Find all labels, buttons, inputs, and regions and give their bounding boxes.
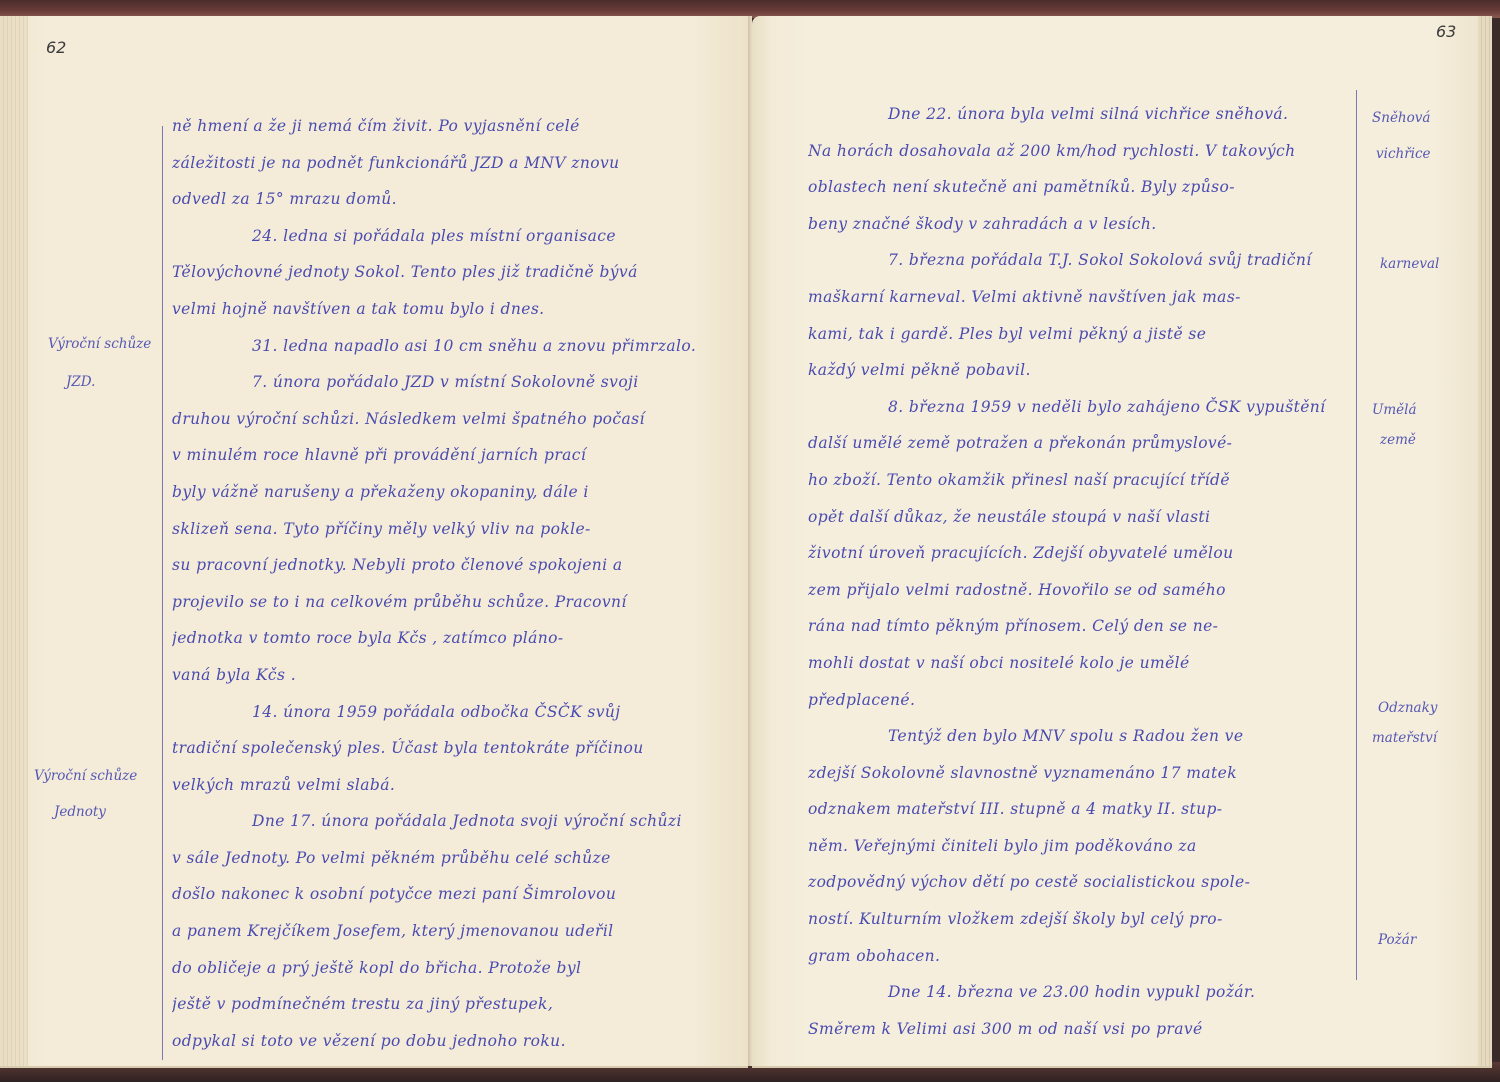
margin-note-jzd: JZD. [66,366,95,399]
text-line: oblastech není skutečně ani pamětníků. B… [808,169,1353,206]
text-line: životní úroveň pracujících. Zdejší obyva… [808,535,1353,572]
margin-note-fire: Požár [1378,924,1416,957]
text-line: ještě v podmínečném trestu za jiný přest… [172,986,742,1023]
text-line: projevilo se to i na celkovém průběhu sc… [172,584,742,621]
margin-note-artificial: Umělá [1372,394,1417,427]
text-line: kami, tak i gardě. Ples byl velmi pěkný … [808,316,1353,353]
text-line: další umělé země potražen a překonán prů… [808,425,1353,462]
text-line: Dne 22. února byla velmi silná vichřice … [808,96,1353,133]
text-line: do obličeje a prý ještě kopl do břicha. … [172,950,742,987]
page-edges-left [0,16,28,1066]
text-line: Dne 17. února pořádala Jednota svoji výr… [172,803,742,840]
margin-note-earth: země [1380,424,1416,457]
text-line: Tělovýchovné jednoty Sokol. Tento ples j… [172,254,742,291]
margin-note-jednota: Jednoty [54,796,106,829]
margin-rule-right [1356,90,1357,980]
text-line: záležitosti je na podnět funkcionářů JZD… [172,145,742,182]
text-line: 14. února 1959 pořádala odbočka ČSČK svů… [172,694,742,731]
margin-note-jednota-meeting: Výroční schůze [34,760,137,793]
text-line: vaná byla Kčs . [172,657,742,694]
text-line: zem přijalo velmi radostně. Hovořilo se … [808,572,1353,609]
margin-note-jzd-meeting: Výroční schůze [48,328,151,361]
margin-note-badges: Odznaky [1378,692,1437,725]
text-line: 7. března pořádala T.J. Sokol Sokolová s… [808,242,1353,279]
text-line: ně hmení a že ji nemá čím živit. Po vyja… [172,108,742,145]
text-line: velkých mrazů velmi slabá. [172,767,742,804]
text-line: Směrem k Velimi asi 300 m od naší vsi po… [808,1011,1353,1048]
text-line: odpykal si toto ve vězení po dobu jednoh… [172,1023,742,1060]
page-number-right: 63 [1436,22,1456,41]
text-line: maškarní karneval. Velmi aktivně navštív… [808,279,1353,316]
text-line: druhou výroční schůzi. Následkem velmi š… [172,401,742,438]
text-line: Dne 14. března ve 23.00 hodin vypukl pož… [808,974,1353,1011]
text-line: su pracovní jednotky. Nebyli proto členo… [172,547,742,584]
text-line: předplacené. [808,682,1353,719]
text-line: ho zboží. Tento okamžik přinesl naší pra… [808,462,1353,499]
margin-rule-left [162,126,163,1060]
text-line: Na horách dosahovala až 200 km/hod rychl… [808,133,1353,170]
margin-note-motherhood: mateřství [1372,722,1437,755]
text-line: mohli dostat v naší obci nositelé kolo j… [808,645,1353,682]
text-line: každý velmi pěkně pobavil. [808,352,1353,389]
right-page-text: Dne 22. února byla velmi silná vichřice … [808,96,1353,1047]
text-line: v minulém roce hlavně při provádění jarn… [172,437,742,474]
text-line: byly vážně narušeny a překaženy okopanin… [172,474,742,511]
text-line: 8. března 1959 v neděli bylo zahájeno ČS… [808,389,1353,426]
text-line: jednotka v tomto roce byla Kčs , zatímco… [172,620,742,657]
text-line: odznakem mateřství III. stupně a 4 matky… [808,791,1353,828]
right-page: 63 Dne 22. února byla velmi silná vichři… [752,16,1492,1068]
margin-note-carnival: karneval [1380,248,1439,281]
text-line: beny značné škody v zahradách a v lesích… [808,206,1353,243]
text-line: zdejší Sokolovně slavnostně vyznamenáno … [808,755,1353,792]
left-page-text: ně hmení a že ji nemá čím živit. Po vyja… [172,108,742,1059]
text-line: ností. Kulturním vložkem zdejší školy by… [808,901,1353,938]
text-line: zodpovědný výchov dětí po cestě socialis… [808,864,1353,901]
page-number-left: 62 [46,38,66,57]
text-line: gram obohacen. [808,938,1353,975]
page-edges-right [1478,16,1492,1066]
text-line: sklizeň sena. Tyto příčiny měly velký vl… [172,511,742,548]
text-line: došlo nakonec k osobní potyčce mezi paní… [172,876,742,913]
text-line: Tentýž den bylo MNV spolu s Radou žen ve [808,718,1353,755]
text-line: odvedl za 15° mrazu domů. [172,181,742,218]
text-line: velmi hojně navštíven a tak tomu bylo i … [172,291,742,328]
text-line: 24. ledna si pořádala ples místní organi… [172,218,742,255]
left-page: 62 ně hmení a že ji nemá čím živit. Po v… [0,16,748,1068]
text-line: něm. Veřejnými činiteli bylo jim poděkov… [808,828,1353,865]
text-line: rána nad tímto pěkným přínosem. Celý den… [808,608,1353,645]
text-line: v sále Jednoty. Po velmi pěkném průběhu … [172,840,742,877]
text-line: opět další důkaz, že neustále stoupá v n… [808,499,1353,536]
margin-note-storm: vichřice [1376,138,1431,171]
margin-note-snow-storm: Sněhová [1372,102,1430,135]
text-line: 31. ledna napadlo asi 10 cm sněhu a znov… [172,328,742,365]
text-line: tradiční společenský ples. Účast byla te… [172,730,742,767]
text-line: a panem Krejčíkem Josefem, který jmenova… [172,913,742,950]
text-line: 7. února pořádalo JZD v místní Sokolovně… [172,364,742,401]
